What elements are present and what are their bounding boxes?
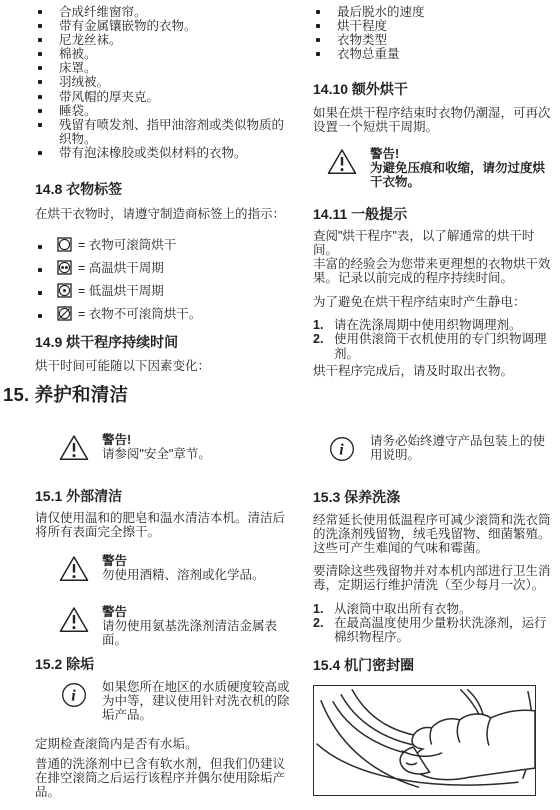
paragraph: 在烘干衣物时，请遵守制造商标签上的指示： [35,207,293,221]
info-circle-i-icon: i [59,680,89,722]
list-item-text: 衣物总重量 [337,47,557,61]
warning-triangle-icon [327,147,357,189]
paragraph: 请仅使用温和的肥皂和温水清洁本机。清洁后将所有表面完全擦干。 [35,511,293,539]
list-item: 尼龙丝袜。 [35,33,293,47]
warning-note: 警告! 为避免压痕和收缩，请勿过度烘干衣物。 [313,147,557,189]
list-item: 烘干程度 [313,19,557,33]
warning-text: 勿使用酒精、溶剂或化学品。 [102,568,265,582]
list-item: 带有金属镶嵌物的衣物。 [35,19,293,33]
step-item: 2.使用供滚筒干衣机使用的专门织物调理剂。 [313,332,557,360]
numbered-steps: 1.请在洗涤周期中使用织物调理剂。 2.使用供滚筒干衣机使用的专门织物调理剂。 [313,318,557,360]
do-not-tumble-dry-icon [57,306,72,321]
paragraph: 烘干程序完成后，请及时取出衣物。 [313,364,557,378]
warning-triangle-icon [59,605,89,647]
bullet-icon [38,245,42,249]
info-text: 请务必始终遵守产品包装上的使用说明。 [370,434,557,468]
list-item-text: 羽绒被。 [59,75,293,89]
bullet-icon [38,123,42,127]
section-heading-14-10: 14.10 额外烘干 [313,81,557,98]
bullet-icon [316,52,320,56]
care-symbol-label: = 高温烘干周期 [78,261,164,275]
warning-body: 警告 勿使用酒精、溶剂或化学品。 [102,554,293,585]
tumble-dry-high-heat-icon [57,260,72,275]
list-item: 合成纤维窗帘。 [35,5,293,19]
paragraph: 要清除这些残留物并对本机内部进行卫生消毒，定期运行维护清洗（至少每月一次）。 [313,564,557,592]
list-item-text: 带有泡沫橡胶或类似材料的衣物。 [59,146,293,160]
warning-body: 警告! 为避免压痕和收缩，请勿过度烘干衣物。 [370,147,557,189]
bullet-icon [38,38,42,42]
section-heading-15-1: 15.1 外部清洁 [35,488,293,505]
chapter-heading-15: 15. 养护和清洁 [3,382,293,407]
step-text: 在最高温度使用少量粉状洗涤剂，运行棉织物程序。 [334,616,557,644]
tumble-dry-low-heat-icon [57,283,72,298]
step-item: 2.在最高温度使用少量粉状洗涤剂，运行棉织物程序。 [313,616,557,644]
care-symbol-list: = 衣物可滚筒烘干 = 高温烘干周期 = 低温烘干周期 = 衣物不可滚筒烘干。 [35,237,293,321]
step-item: 1.请在洗涤周期中使用织物调理剂。 [313,318,557,332]
warning-body: 警告! 请参阅"安全"章节。 [102,433,293,464]
section-heading-14-9: 14.9 烘干程序持续时间 [35,334,293,351]
list-item: 衣物总重量 [313,47,557,61]
paragraph: 定期检查滚筒内是否有水垢。 [35,737,293,751]
section-heading-15-3: 15.3 保养洗涤 [313,489,557,506]
warning-title: 警告 [102,605,293,619]
bullet-icon [38,52,42,56]
list-item: 睡袋。 [35,104,293,118]
step-number: 2. [313,332,334,360]
care-symbol-row: = 衣物不可滚筒烘干。 [35,306,293,321]
unsuitable-items-list: 合成纤维窗帘。 带有金属镶嵌物的衣物。 尼龙丝袜。 棉被。 床罩。 羽绒被。 带… [35,5,293,160]
door-seal-hand-drawing [314,686,535,795]
warning-note: 警告 勿使用酒精、溶剂或化学品。 [35,554,293,585]
list-item-text: 带有金属镶嵌物的衣物。 [59,19,293,33]
step-text: 请在洗涤周期中使用织物调理剂。 [334,318,557,332]
warning-triangle-icon [59,554,89,585]
warning-text: 为避免压痕和收缩，请勿过度烘干衣物。 [370,161,545,189]
list-item-text: 床罩。 [59,61,293,75]
section-heading-15-4: 15.4 机门密封圈 [313,657,557,674]
warning-title: 警告! [102,433,293,447]
warning-text: 请参阅"安全"章节。 [102,447,211,461]
right-column: 最后脱水的速度 烘干程度 衣物类型 衣物总重量 14.10 额外烘干 如果在烘干… [313,0,557,796]
manual-page: 合成纤维窗帘。 带有金属镶嵌物的衣物。 尼龙丝袜。 棉被。 床罩。 羽绒被。 带… [0,0,560,810]
list-item-text: 带风帽的厚夹克。 [59,90,293,104]
paragraph: 为了避免在烘干程序结束时产生静电： [313,295,557,309]
warning-note: 警告 请勿使用氨基洗涤剂清洁金属表面。 [35,605,293,647]
bullet-icon [38,314,42,318]
care-symbol-label: = 低温烘干周期 [78,284,164,298]
section-heading-14-8: 14.8 衣物标签 [35,181,293,198]
info-circle-i-icon: i [327,434,357,468]
bullet-icon [38,151,42,155]
step-item: 1.从滚筒中取出所有衣物。 [313,602,557,616]
tumble-dry-icon [57,237,72,252]
svg-text:i: i [339,441,344,458]
bullet-icon [38,95,42,99]
care-symbol-row: = 高温烘干周期 [35,260,293,275]
list-item: 衣物类型 [313,33,557,47]
warning-triangle-icon [59,433,89,464]
bullet-icon [38,109,42,113]
step-number: 1. [313,318,334,332]
list-item-text: 棉被。 [59,47,293,61]
step-number: 2. [313,616,334,644]
care-symbol-row: = 衣物可滚筒烘干 [35,237,293,252]
paragraph: 经常延长使用低温程序可减少滚筒和洗衣筒的洗涤剂残留物，绒毛残留物、细菌繁殖。这些… [313,513,557,555]
drying-factors-list: 最后脱水的速度 烘干程度 衣物类型 衣物总重量 [313,5,557,61]
list-item-text: 最后脱水的速度 [337,5,557,19]
paragraph: 烘干时间可能随以下因素变化： [35,359,293,373]
list-item-text: 尼龙丝袜。 [59,33,293,47]
care-symbol-label: = 衣物可滚筒烘干 [78,238,176,252]
svg-text:i: i [71,687,76,704]
list-item-text: 合成纤维窗帘。 [59,5,293,19]
paragraph: 丰富的经验会为您带来更理想的衣物烘干效果。记录以前完成的程序持续时间。 [313,257,557,285]
list-item: 棉被。 [35,47,293,61]
bullet-icon [38,80,42,84]
list-item: 床罩。 [35,61,293,75]
care-symbol-row: = 低温烘干周期 [35,283,293,298]
list-item-text: 衣物类型 [337,33,557,47]
paragraph: 普通的洗涤剂中已含有软水剂，但我们仍建议在排空滚筒之后运行该程序并偶尔使用除垢产… [35,757,293,799]
list-item: 带风帽的厚夹克。 [35,90,293,104]
list-item-text: 烘干程度 [337,19,557,33]
warning-title: 警告 [102,554,293,568]
numbered-steps: 1.从滚筒中取出所有衣物。 2.在最高温度使用少量粉状洗涤剂，运行棉织物程序。 [313,602,557,644]
bullet-icon [38,268,42,272]
bullet-icon [316,24,320,28]
paragraph: 查阅"烘干程序"表，以了解通常的烘干时间。 [313,229,557,257]
bullet-icon [38,66,42,70]
bullet-icon [316,10,320,14]
list-item: 羽绒被。 [35,75,293,89]
step-text: 从滚筒中取出所有衣物。 [334,602,557,616]
warning-title: 警告! [370,147,557,161]
paragraph: 如果在烘干程序结束时衣物仍潮湿，可再次设置一个短烘干周期。 [313,106,557,134]
info-note: i 如果您所在地区的水质硬度较高或为中等，建议使用针对洗衣机的除垢产品。 [35,680,293,722]
section-heading-14-11: 14.11 一般提示 [313,206,557,223]
list-item-text: 睡袋。 [59,104,293,118]
warning-body: 警告 请勿使用氨基洗涤剂清洁金属表面。 [102,605,293,647]
bullet-icon [316,38,320,42]
info-note: i 请务必始终遵守产品包装上的使用说明。 [313,434,557,468]
warning-text: 请勿使用氨基洗涤剂清洁金属表面。 [102,619,277,647]
bullet-icon [38,291,42,295]
info-text: 如果您所在地区的水质硬度较高或为中等，建议使用针对洗衣机的除垢产品。 [102,680,293,722]
section-heading-15-2: 15.2 除垢 [35,656,293,673]
step-number: 1. [313,602,334,616]
list-item: 最后脱水的速度 [313,5,557,19]
care-symbol-label: = 衣物不可滚筒烘干。 [78,307,201,321]
bullet-icon [38,10,42,14]
left-column: 合成纤维窗帘。 带有金属镶嵌物的衣物。 尼龙丝袜。 棉被。 床罩。 羽绒被。 带… [35,0,293,800]
step-text: 使用供滚筒干衣机使用的专门织物调理剂。 [334,332,557,360]
list-item-text: 残留有喷发剂、指甲油溶剂或类似物质的织物。 [59,118,293,146]
list-item: 带有泡沫橡胶或类似材料的衣物。 [35,146,293,160]
warning-note: 警告! 请参阅"安全"章节。 [35,433,293,464]
bullet-icon [38,24,42,28]
door-seal-illustration [313,685,536,796]
list-item: 残留有喷发剂、指甲油溶剂或类似物质的织物。 [35,118,293,146]
